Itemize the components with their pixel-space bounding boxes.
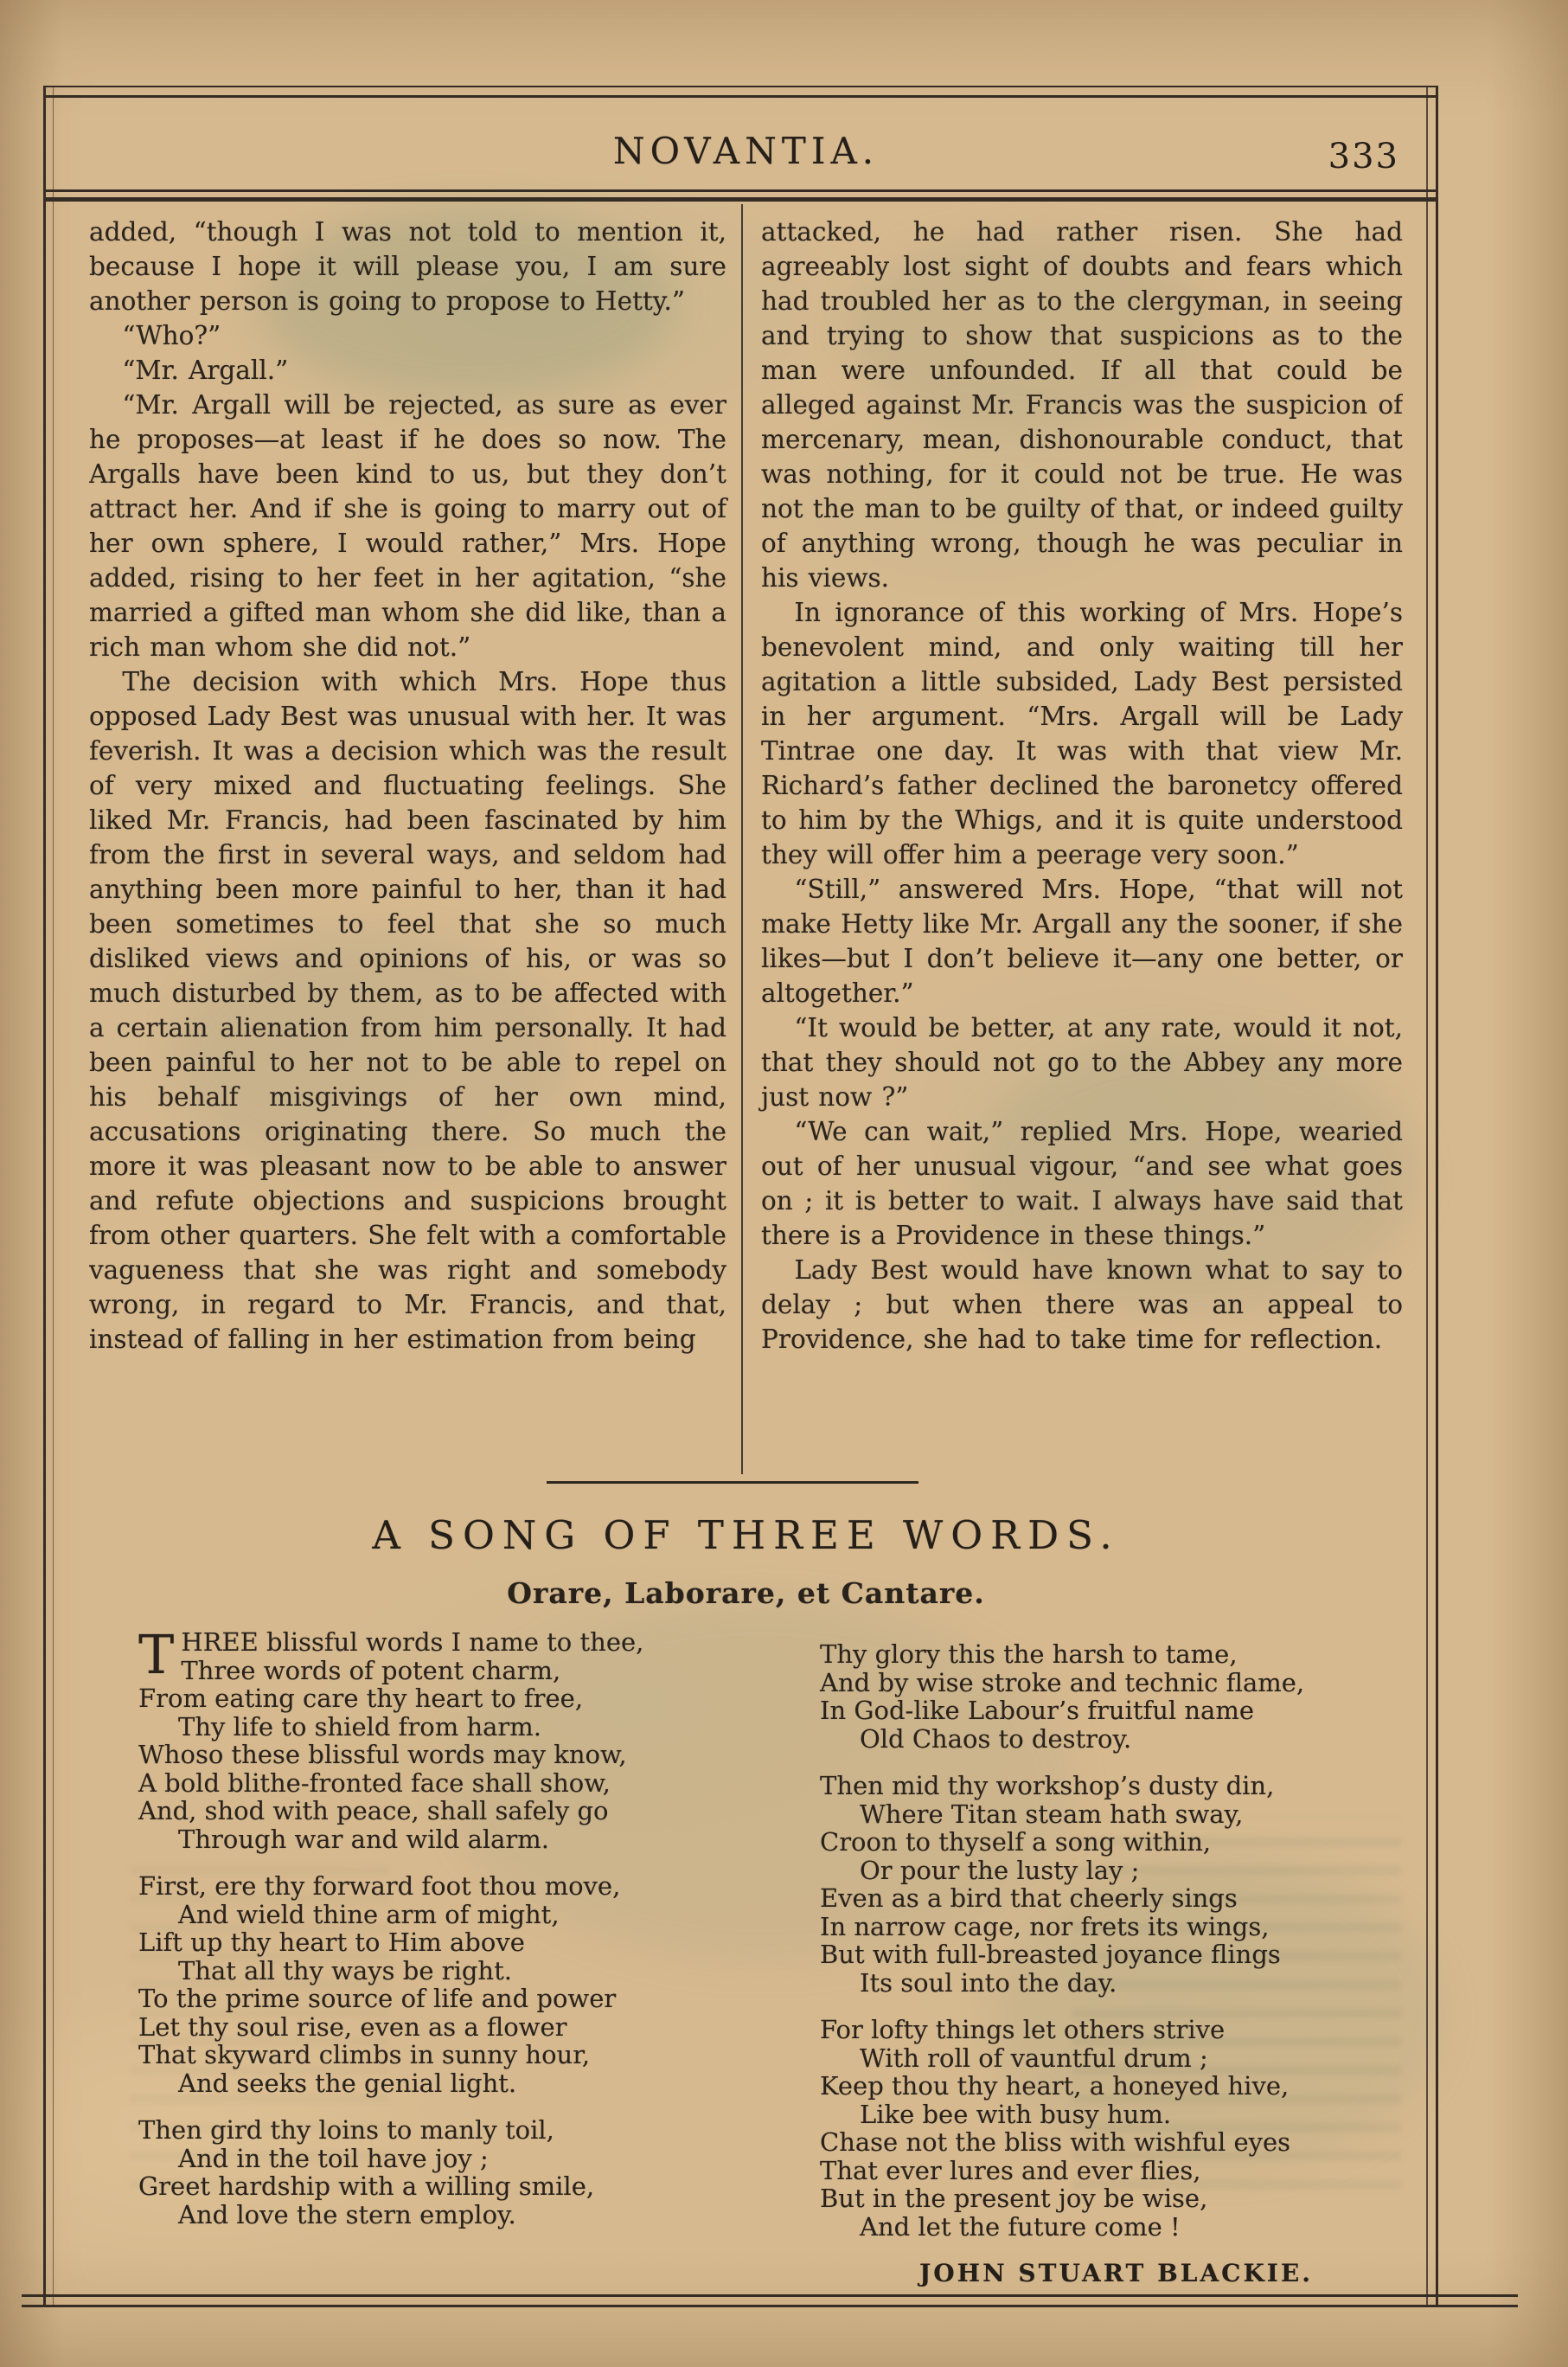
poem-line-text: And in the toil have joy ; bbox=[178, 2144, 489, 2173]
poem-line: In narrow cage, nor frets its wings, bbox=[820, 1913, 1380, 1941]
poem-line-text: Even as a bird that cheerly sings bbox=[820, 1883, 1238, 1913]
drop-cap: T bbox=[138, 1628, 181, 1680]
poem-line-text: Thy glory this the harsh to tame, bbox=[820, 1639, 1238, 1669]
poem-line: But with full-breasted joyance flings bbox=[820, 1940, 1380, 1969]
left-border-rule bbox=[43, 86, 46, 2307]
top-border-rule bbox=[43, 95, 1437, 98]
page-title: NOVANTIA. bbox=[89, 130, 1403, 172]
prose-section: added, “though I was not told to mention… bbox=[89, 215, 1403, 1474]
poem-line: In God-like Labour’s fruitful name bbox=[820, 1697, 1380, 1725]
poem-line: Even as a bird that cheerly sings bbox=[820, 1884, 1380, 1913]
header-rule bbox=[43, 197, 1437, 202]
poem-line: Whoso these blissful words may know, bbox=[138, 1741, 744, 1769]
poem-line-text: And seeks the genial light. bbox=[178, 2069, 516, 2098]
poem-line: A bold blithe-fronted face shall show, bbox=[138, 1769, 744, 1798]
poem-line: And love the stern employ. bbox=[138, 2201, 744, 2229]
poem-line: Old Chaos to destroy. bbox=[820, 1725, 1380, 1754]
prose-column-left: added, “though I was not told to mention… bbox=[89, 215, 726, 1357]
poem-line-text: Or pour the lusty lay ; bbox=[860, 1856, 1139, 1885]
poem-line-text: Where Titan steam hath sway, bbox=[860, 1799, 1243, 1829]
poem-line-text: Croon to thyself a song within, bbox=[820, 1827, 1211, 1857]
poem-line-text: Greet hardship with a willing smile, bbox=[138, 2171, 594, 2201]
poem-line: Thy glory this the harsh to tame, bbox=[820, 1640, 1380, 1669]
poem-line-text: A bold blithe-fronted face shall show, bbox=[138, 1768, 611, 1798]
poem-column-right: Thy glory this the harsh to tame,And by … bbox=[820, 1640, 1380, 2288]
paragraph: “It would be better, at any rate, would … bbox=[761, 1010, 1403, 1114]
poem-line-text: But in the present joy be wise, bbox=[820, 2184, 1207, 2213]
poem-line: Its soul into the day. bbox=[820, 1969, 1380, 1998]
poem-line-text: In God-like Labour’s fruitful name bbox=[820, 1696, 1254, 1725]
poem-line: THREE blissful words I name to thee, bbox=[138, 1628, 744, 1657]
paragraph: “We can wait,” replied Mrs. Hope, wearie… bbox=[761, 1114, 1403, 1253]
poem-line-text: From eating care thy heart to free, bbox=[138, 1684, 583, 1713]
poem-line: Then mid thy workshop’s dusty din, bbox=[820, 1772, 1380, 1800]
poem-line-text: Lift up thy heart to Him above bbox=[138, 1928, 525, 1957]
top-border-rule bbox=[43, 86, 1437, 87]
page-number: 333 bbox=[1328, 137, 1399, 176]
poem-line: Keep thou thy heart, a honeyed hive, bbox=[820, 2072, 1380, 2101]
poem-line: Like bee with busy hum. bbox=[820, 2101, 1380, 2129]
stanza: Thy glory this the harsh to tame,And by … bbox=[820, 1640, 1380, 1753]
right-border-rule bbox=[1436, 86, 1438, 2307]
poem-line: And wield thine arm of might, bbox=[138, 1901, 744, 1929]
poem-line: But in the present joy be wise, bbox=[820, 2184, 1380, 2213]
poem-line: And let the future come ! bbox=[820, 2213, 1380, 2242]
poem-line: Or pour the lusty lay ; bbox=[820, 1857, 1380, 1885]
paragraph: “Mr. Argall will be rejected, as sure as… bbox=[89, 388, 726, 664]
poem-line: And, shod with peace, shall safely go bbox=[138, 1797, 744, 1825]
poem-line: Three words of potent charm, bbox=[138, 1657, 744, 1685]
prose-column-right: attacked, he had rather risen. She had a… bbox=[761, 215, 1403, 1357]
poem-line-text: Let thy soul rise, even as a flower bbox=[138, 2012, 567, 2042]
poem-line-text: For lofty things let others strive bbox=[820, 2015, 1225, 2044]
poem-line-text: And by wise stroke and technic flame, bbox=[820, 1668, 1304, 1697]
poem-line-text: Chase not the bliss with wishful eyes bbox=[820, 2127, 1290, 2157]
poem-line: And seeks the genial light. bbox=[138, 2069, 744, 2098]
poem-line-text: That skyward climbs in sunny hour, bbox=[138, 2040, 590, 2069]
poem-line: Then gird thy loins to manly toil, bbox=[138, 2116, 744, 2145]
poem-line: Thy life to shield from harm. bbox=[138, 1713, 744, 1742]
bottom-border-rule bbox=[22, 2294, 1518, 2297]
bottom-border-rule bbox=[22, 2305, 1518, 2307]
poem-line: Where Titan steam hath sway, bbox=[820, 1800, 1380, 1829]
stanza: First, ere thy forward foot thou move,An… bbox=[138, 1872, 744, 2097]
poem-line-text: And wield thine arm of might, bbox=[178, 1900, 560, 1929]
poem-line-text: To the prime source of life and power bbox=[138, 1984, 616, 2013]
poem-line: For lofty things let others strive bbox=[820, 2016, 1380, 2044]
stanza: THREE blissful words I name to thee,Thre… bbox=[138, 1628, 744, 1853]
poem-line-text: In narrow cage, nor frets its wings, bbox=[820, 1912, 1269, 1941]
paragraph: “Who?” bbox=[89, 318, 726, 353]
header-rule bbox=[43, 189, 1437, 192]
poem-line: That all thy ways be right. bbox=[138, 1957, 744, 1985]
poem-line-text: But with full-breasted joyance flings bbox=[820, 1940, 1281, 1969]
paragraph: In ignorance of this working of Mrs. Hop… bbox=[761, 595, 1403, 872]
stanza: Then gird thy loins to manly toil,And in… bbox=[138, 2116, 744, 2229]
poem-subtitle: Orare, Laborare, et Cantare. bbox=[89, 1576, 1403, 1610]
poem-line-text: And love the stern employ. bbox=[178, 2200, 516, 2229]
poem-line: Chase not the bliss with wishful eyes bbox=[820, 2128, 1380, 2157]
poem-line: Lift up thy heart to Him above bbox=[138, 1928, 744, 1957]
poem-line-text: Its soul into the day. bbox=[860, 1968, 1117, 1998]
poem-line-text: First, ere thy forward foot thou move, bbox=[138, 1871, 620, 1901]
poem-title: A SONG OF THREE WORDS. bbox=[89, 1512, 1403, 1558]
poem-line: Let thy soul rise, even as a flower bbox=[138, 2013, 744, 2042]
left-border-rule bbox=[53, 86, 54, 2307]
stanza: For lofty things let others striveWith r… bbox=[820, 2016, 1380, 2241]
paragraph: “Mr. Argall.” bbox=[89, 353, 726, 388]
poem-line-text: Keep thou thy heart, a honeyed hive, bbox=[820, 2071, 1289, 2101]
poem-line: Through war and wild alarm. bbox=[138, 1825, 744, 1854]
poem-line-text: And, shod with peace, shall safely go bbox=[138, 1796, 609, 1825]
poem-line: And in the toil have joy ; bbox=[138, 2145, 744, 2173]
poem-line-text: Three words of potent charm, bbox=[181, 1656, 560, 1685]
poem-line: And by wise stroke and technic flame, bbox=[820, 1669, 1380, 1697]
poem-line-text: That all thy ways be right. bbox=[178, 1956, 512, 1985]
paragraph: attacked, he had rather risen. She had a… bbox=[761, 215, 1403, 595]
poem-line-text: With roll of vauntful drum ; bbox=[860, 2043, 1208, 2073]
poem-signature: JOHN STUART BLACKIE. bbox=[820, 2260, 1380, 2288]
poem-line: That ever lures and ever flies, bbox=[820, 2157, 1380, 2185]
poem-line-text: That ever lures and ever flies, bbox=[820, 2156, 1200, 2185]
paragraph: Lady Best would have known what to say t… bbox=[761, 1253, 1403, 1357]
poem-right-stanzas: Thy glory this the harsh to tame,And by … bbox=[820, 1640, 1380, 2241]
magazine-page: NOVANTIA. 333 added, “though I was not t… bbox=[0, 0, 1568, 2367]
poem-line-text: Thy life to shield from harm. bbox=[178, 1712, 541, 1742]
poem-line-text: HREE blissful words I name to thee, bbox=[181, 1627, 643, 1657]
poem-line-text: Then gird thy loins to manly toil, bbox=[138, 2115, 554, 2145]
stanza: Then mid thy workshop’s dusty din,Where … bbox=[820, 1772, 1380, 1997]
poem-line-text: Like bee with busy hum. bbox=[860, 2100, 1171, 2129]
poem-line: With roll of vauntful drum ; bbox=[820, 2044, 1380, 2073]
poem-column-left: THREE blissful words I name to thee,Thre… bbox=[138, 1628, 744, 2248]
right-border-rule bbox=[1426, 86, 1428, 2307]
poem-line: Greet hardship with a willing smile, bbox=[138, 2172, 744, 2201]
paragraph: The decision with which Mrs. Hope thus o… bbox=[89, 664, 726, 1357]
paragraph: “Still,” answered Mrs. Hope, “that will … bbox=[761, 872, 1403, 1010]
paragraph: added, “though I was not told to mention… bbox=[89, 215, 726, 318]
poem-line: To the prime source of life and power bbox=[138, 1985, 744, 2013]
poem-line-text: Old Chaos to destroy. bbox=[860, 1724, 1131, 1754]
poem-line-text: And let the future come ! bbox=[860, 2212, 1181, 2242]
poem-line-text: Through war and wild alarm. bbox=[178, 1825, 549, 1854]
poem-line: From eating care thy heart to free, bbox=[138, 1684, 744, 1713]
poem-line-text: Whoso these blissful words may know, bbox=[138, 1740, 627, 1769]
poem-line-text: Then mid thy workshop’s dusty din, bbox=[820, 1771, 1274, 1800]
section-divider-rule bbox=[547, 1481, 918, 1484]
poem-line: First, ere thy forward foot thou move, bbox=[138, 1872, 744, 1901]
poem-line: That skyward climbs in sunny hour, bbox=[138, 2041, 744, 2069]
poem-line: Croon to thyself a song within, bbox=[820, 1828, 1380, 1857]
